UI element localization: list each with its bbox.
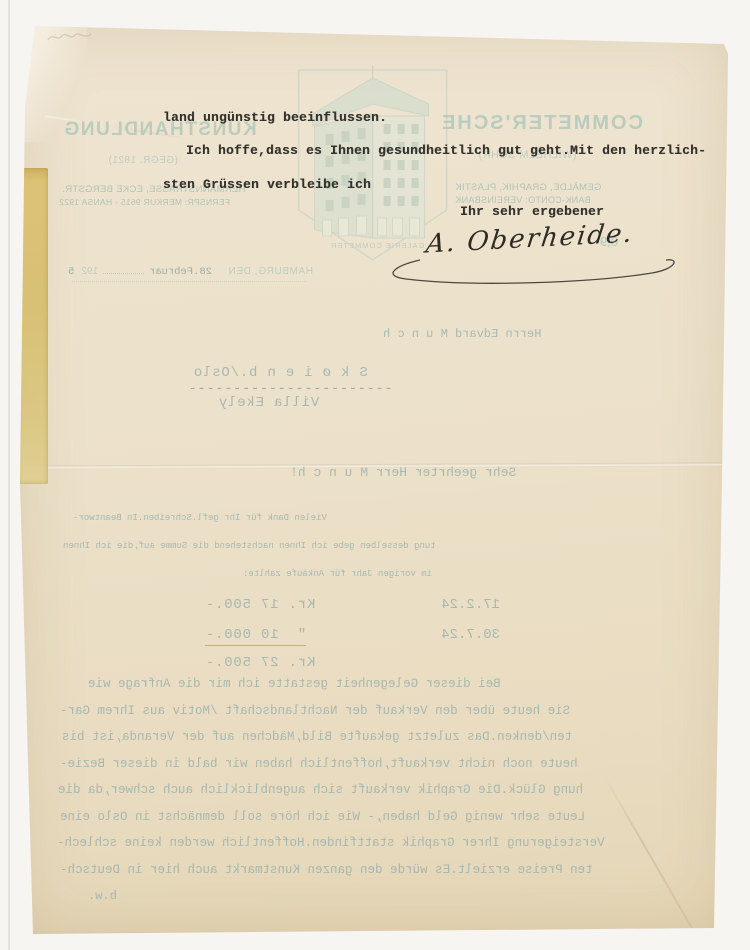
typed-continuation-line: land ungünstig beeinflussen. (163, 111, 387, 124)
typed-body-line2: sten Grüssen verbleibe ich (163, 178, 371, 191)
scanner-edge-shadow (8, 0, 10, 950)
signature-block: A. Oberheide. (380, 220, 690, 292)
signature-flourish (380, 250, 690, 292)
scanned-letter: { "front": { "continuation_line": "land … (0, 0, 750, 950)
typed-text-layer: land ungünstig beeinflussen. Ich hoffe,d… (15, 20, 733, 938)
letter-page: GALERIE COMMETER KUNSTHANDLUNG COMMETER'… (15, 20, 733, 938)
typed-closing: Ihr sehr ergebener (460, 205, 604, 218)
typed-body-line1: Ich hoffe,dass es Ihnen gesundheitlich g… (186, 144, 706, 157)
